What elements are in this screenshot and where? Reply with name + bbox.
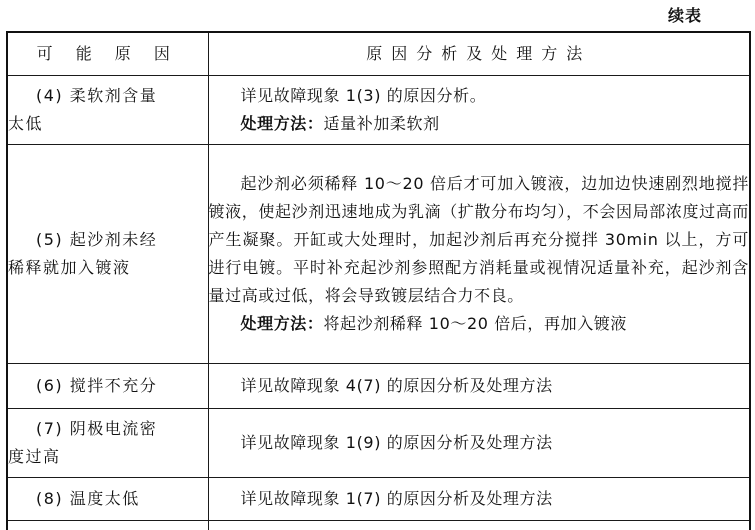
cause-cell: (4) 柔软剂含量 太低 [7,76,208,145]
analysis-cell: 详见故障现象 1(7) 的原因分析及处理方法 [208,478,750,521]
troubleshooting-table: 可 能 原 因 原因分析及处理方法 (4) 柔软剂含量 太低 详见故障现象 1(… [6,31,751,530]
cause-line: 太低 [8,114,43,133]
continuation-label: 续表 [668,3,702,26]
cause-line: (6) 搅拌不充分 [36,376,157,395]
cause-cell-continued [7,521,208,530]
table-row: (7) 阴极电流密 度过高 详见故障现象 1(9) 的原因分析及处理方法 [7,409,750,478]
cause-cell: (5) 起沙剂未经 稀释就加入镀液 [7,145,208,364]
analysis-cell: 起沙剂必须稀释 10～20 倍后才可加入镀液，边加边快速剧烈地搅拌镀液，使起沙剂… [208,145,750,364]
analysis-cell-continued [208,521,750,530]
analysis-cell: 详见故障现象 4(7) 的原因分析及处理方法 [208,364,750,409]
analysis-text: 详见故障现象 1(7) 的原因分析及处理方法 [209,485,750,513]
table-row-continued [7,521,750,530]
cause-line: 稀释就加入镀液 [8,258,131,277]
cause-line: 度过高 [8,447,61,466]
cause-line: (5) 起沙剂未经 [36,230,157,249]
treatment-text: 将起沙剂稀释 10～20 倍后，再加入镀液 [324,314,628,333]
treatment-label: 处理方法： [241,114,324,133]
treatment-label: 处理方法： [241,314,324,333]
header-possible-cause: 可 能 原 因 [7,32,208,76]
header-analysis-method: 原因分析及处理方法 [208,32,750,76]
cause-line: (8) 温度太低 [36,489,140,508]
analysis-text: 起沙剂必须稀释 10～20 倍后才可加入镀液，边加边快速剧烈地搅拌镀液，使起沙剂… [209,170,750,310]
cause-cell: (7) 阴极电流密 度过高 [7,409,208,478]
analysis-cell: 详见故障现象 1(3) 的原因分析。 处理方法：适量补加柔软剂 [208,76,750,145]
table-row: (8) 温度太低 详见故障现象 1(7) 的原因分析及处理方法 [7,478,750,521]
treatment-text: 适量补加柔软剂 [324,114,440,133]
analysis-cell: 详见故障现象 1(9) 的原因分析及处理方法 [208,409,750,478]
analysis-text: 详见故障现象 1(3) 的原因分析。 [209,82,750,110]
table-header-row: 可 能 原 因 原因分析及处理方法 [7,32,750,76]
analysis-text: 详见故障现象 1(9) 的原因分析及处理方法 [209,429,750,457]
cause-cell: (6) 搅拌不充分 [7,364,208,409]
table-row: (5) 起沙剂未经 稀释就加入镀液 起沙剂必须稀释 10～20 倍后才可加入镀液… [7,145,750,364]
table-row: (4) 柔软剂含量 太低 详见故障现象 1(3) 的原因分析。 处理方法：适量补… [7,76,750,145]
cause-line: (4) 柔软剂含量 [36,86,157,105]
analysis-text: 详见故障现象 4(7) 的原因分析及处理方法 [209,372,750,400]
table-row: (6) 搅拌不充分 详见故障现象 4(7) 的原因分析及处理方法 [7,364,750,409]
cause-line: (7) 阴极电流密 [36,419,157,438]
cause-cell: (8) 温度太低 [7,478,208,521]
